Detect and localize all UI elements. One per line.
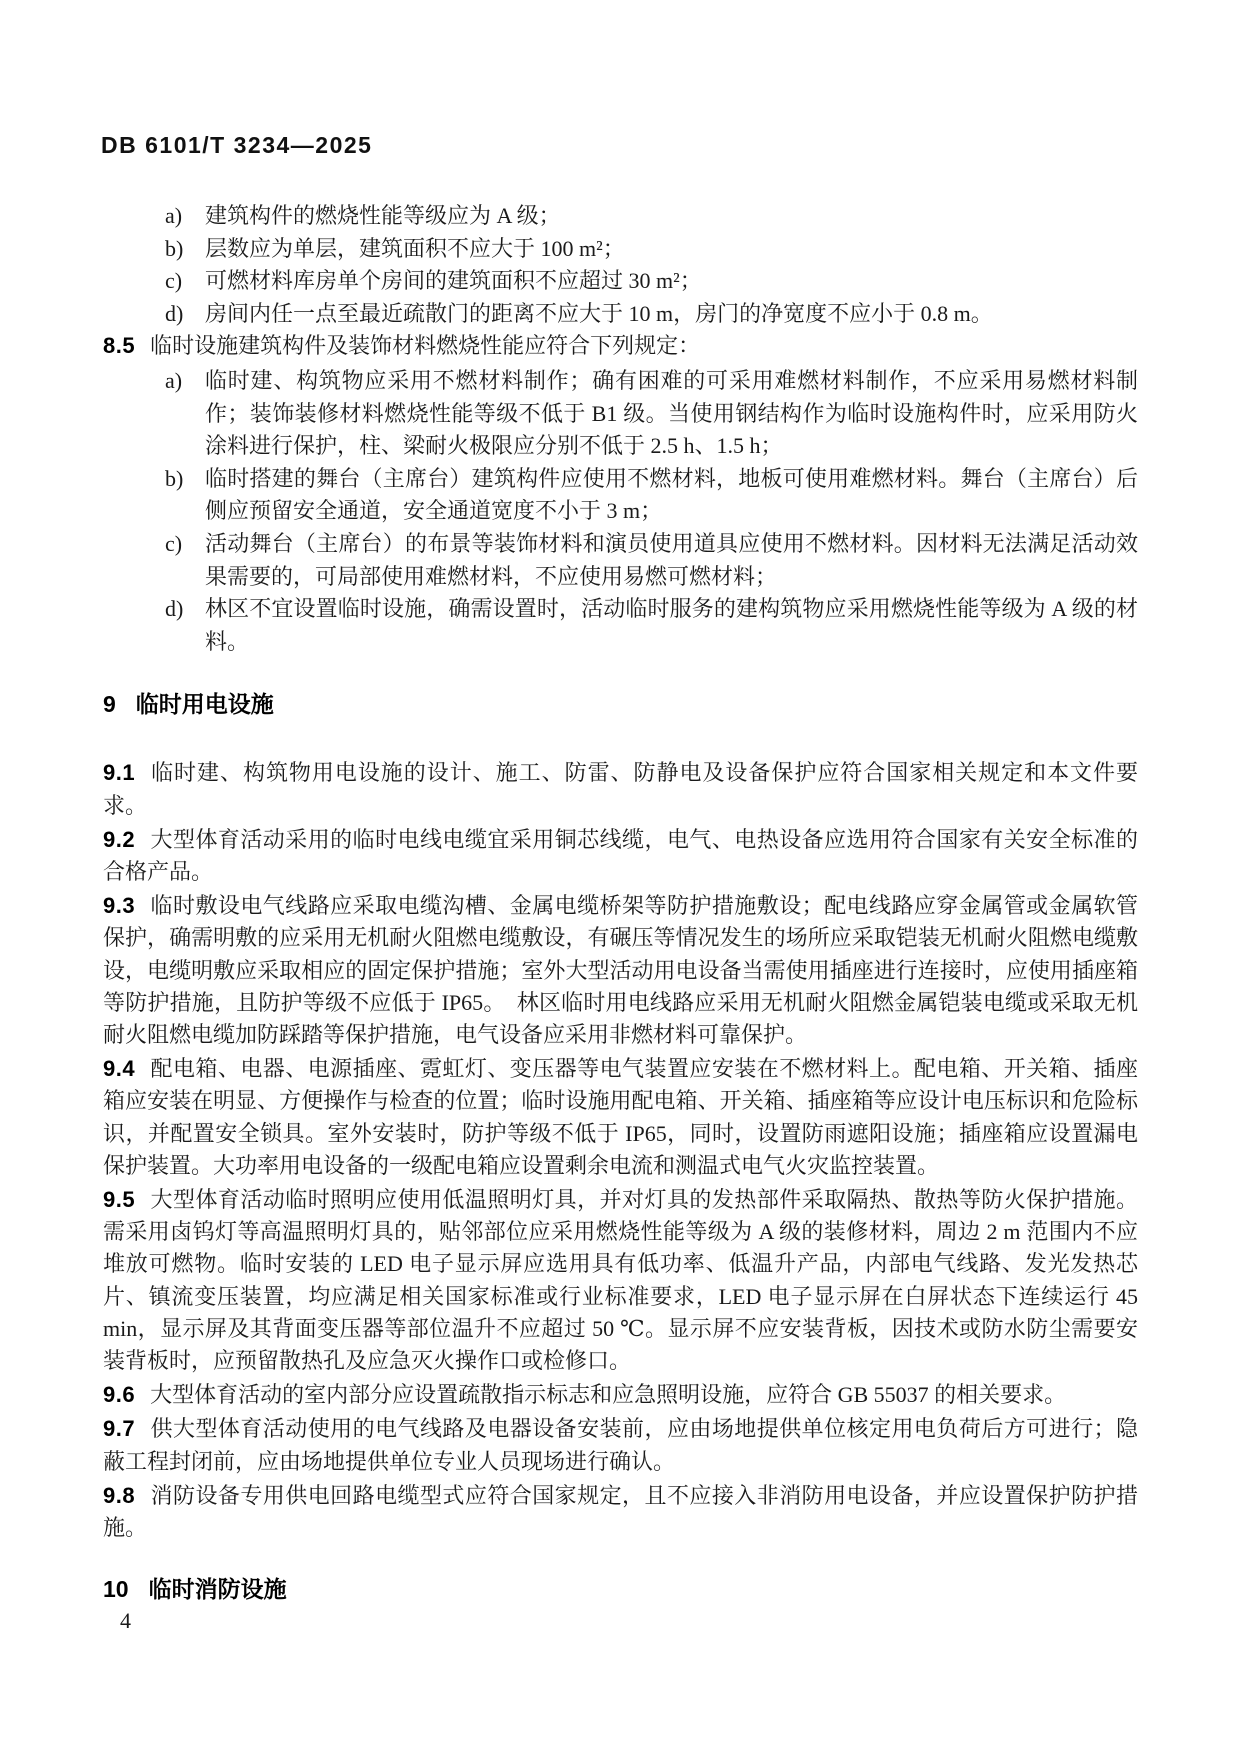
list-item: b) 层数应为单层，建筑面积不应大于 100 m²； (103, 233, 1138, 266)
list-item-text: 可燃材料库房单个房间的建筑面积不应超过 30 m²； (205, 268, 702, 293)
section-title: 临时用电设施 (136, 691, 274, 717)
list-item: c) 活动舞台（主席台）的布景等装饰材料和演员使用道具应使用不燃材料。因材料无法… (103, 528, 1138, 593)
document-body: a) 建筑构件的燃烧性能等级应为 A 级； b) 层数应为单层，建筑面积不应大于… (103, 200, 1138, 1606)
clause-text: 临时敷设电气线路应采取电缆沟槽、金属电缆桥架等防护措施敷设；配电线路应穿金属管或… (103, 893, 1138, 1047)
section-number: 10 (103, 1576, 129, 1602)
clause-text: 消防设备专用供电回路电缆型式应符合国家规定，且不应接入非消防用电设备，并应设置保… (103, 1483, 1138, 1540)
list-item-label: a) (165, 365, 182, 398)
clause-text: 大型体育活动临时照明应使用低温照明灯具，并对灯具的发热部件采取隔热、散热等防火保… (103, 1187, 1138, 1373)
clause-8-5-lettered-list: a) 临时建、构筑物应采用不燃材料制作；确有困难的可采用难燃材料制作，不应采用易… (103, 365, 1138, 658)
section-9-clauses: 9.1临时建、构筑物用电设施的设计、施工、防雷、防静电及设备保护应符合国家相关规… (103, 757, 1138, 1544)
section-9-heading: 9临时用电设施 (103, 687, 1138, 721)
clause-9-5: 9.5大型体育活动临时照明应使用低温照明灯具，并对灯具的发热部件采取隔热、散热等… (103, 1184, 1138, 1377)
clause-9-6: 9.6大型体育活动的室内部分应设置疏散指示标志和应急照明设施，应符合 GB 55… (103, 1379, 1138, 1411)
list-item-label: c) (165, 528, 182, 561)
list-item-label: d) (165, 593, 183, 626)
list-item-text: 房间内任一点至最近疏散门的距离不应大于 10 m，房门的净宽度不应小于 0.8 … (205, 301, 993, 326)
list-item-label: b) (165, 233, 183, 266)
page-number: 4 (120, 1608, 131, 1634)
list-item: a) 建筑构件的燃烧性能等级应为 A 级； (103, 200, 1138, 233)
list-item: d) 林区不宜设置临时设施，确需设置时，活动临时服务的建构筑物应采用燃烧性能等级… (103, 593, 1138, 658)
list-item-label: d) (165, 298, 183, 331)
document-page: DB 6101/T 3234—2025 a) 建筑构件的燃烧性能等级应为 A 级… (0, 0, 1241, 1755)
top-lettered-list: a) 建筑构件的燃烧性能等级应为 A 级； b) 层数应为单层，建筑面积不应大于… (103, 200, 1138, 330)
list-item-text: 临时搭建的舞台（主席台）建筑构件应使用不燃材料，地板可使用难燃材料。舞台（主席台… (205, 466, 1138, 524)
section-number: 9 (103, 691, 116, 717)
clause-9-8: 9.8消防设备专用供电回路电缆型式应符合国家规定，且不应接入非消防用电设备，并应… (103, 1480, 1138, 1544)
clause-number: 9.2 (103, 827, 135, 852)
list-item: a) 临时建、构筑物应采用不燃材料制作；确有困难的可采用难燃材料制作，不应采用易… (103, 365, 1138, 463)
clause-number: 9.3 (103, 893, 135, 918)
list-item-text: 建筑构件的燃烧性能等级应为 A 级； (205, 203, 561, 228)
list-item-text: 层数应为单层，建筑面积不应大于 100 m²； (205, 236, 625, 261)
list-item-label: a) (165, 200, 182, 233)
list-item-text: 活动舞台（主席台）的布景等装饰材料和演员使用道具应使用不燃材料。因材料无法满足活… (205, 531, 1138, 589)
clause-text: 临时建、构筑物用电设施的设计、施工、防雷、防静电及设备保护应符合国家相关规定和本… (103, 760, 1138, 817)
clause-9-2: 9.2大型体育活动采用的临时电线电缆宜采用铜芯线缆，电气、电热设备应选用符合国家… (103, 824, 1138, 888)
list-item-text: 林区不宜设置临时设施，确需设置时，活动临时服务的建构筑物应采用燃烧性能等级为 A… (205, 596, 1138, 654)
clause-text: 供大型体育活动使用的电气线路及电器设备安装前，应由场地提供单位核定用电负荷后方可… (103, 1416, 1138, 1473)
clause-9-7: 9.7供大型体育活动使用的电气线路及电器设备安装前，应由场地提供单位核定用电负荷… (103, 1413, 1138, 1477)
list-item-text: 临时建、构筑物应采用不燃材料制作；确有困难的可采用难燃材料制作，不应采用易燃材料… (205, 368, 1138, 458)
list-item: b) 临时搭建的舞台（主席台）建筑构件应使用不燃材料，地板可使用难燃材料。舞台（… (103, 463, 1138, 528)
standard-number-header: DB 6101/T 3234—2025 (101, 132, 372, 159)
clause-text: 大型体育活动的室内部分应设置疏散指示标志和应急照明设施，应符合 GB 55037… (150, 1382, 1066, 1407)
clause-text: 配电箱、电器、电源插座、霓虹灯、变压器等电气装置应安装在不燃材料上。配电箱、开关… (103, 1056, 1138, 1178)
clause-9-4: 9.4配电箱、电器、电源插座、霓虹灯、变压器等电气装置应安装在不燃材料上。配电箱… (103, 1053, 1138, 1182)
clause-number: 9.5 (103, 1187, 135, 1212)
list-item-label: c) (165, 265, 182, 298)
clause-number: 9.8 (103, 1483, 135, 1508)
clause-9-1: 9.1临时建、构筑物用电设施的设计、施工、防雷、防静电及设备保护应符合国家相关规… (103, 757, 1138, 821)
clause-number: 9.4 (103, 1056, 135, 1081)
section-10-heading: 10临时消防设施 (103, 1572, 1138, 1606)
clause-9-3: 9.3临时敷设电气线路应采取电缆沟槽、金属电缆桥架等防护措施敷设；配电线路应穿金… (103, 890, 1138, 1051)
clause-number: 9.6 (103, 1382, 135, 1407)
clause-number: 8.5 (103, 333, 135, 358)
clause-number: 9.1 (103, 760, 135, 785)
section-title: 临时消防设施 (149, 1576, 287, 1602)
list-item: d) 房间内任一点至最近疏散门的距离不应大于 10 m，房门的净宽度不应小于 0… (103, 298, 1138, 331)
list-item: c) 可燃材料库房单个房间的建筑面积不应超过 30 m²； (103, 265, 1138, 298)
clause-number: 9.7 (103, 1416, 135, 1441)
clause-8-5: 8.5临时设施建筑构件及装饰材料燃烧性能应符合下列规定： (103, 330, 1138, 363)
clause-text: 大型体育活动采用的临时电线电缆宜采用铜芯线缆，电气、电热设备应选用符合国家有关安… (103, 827, 1138, 884)
list-item-label: b) (165, 463, 183, 496)
clause-text: 临时设施建筑构件及装饰材料燃烧性能应符合下列规定： (150, 333, 700, 358)
